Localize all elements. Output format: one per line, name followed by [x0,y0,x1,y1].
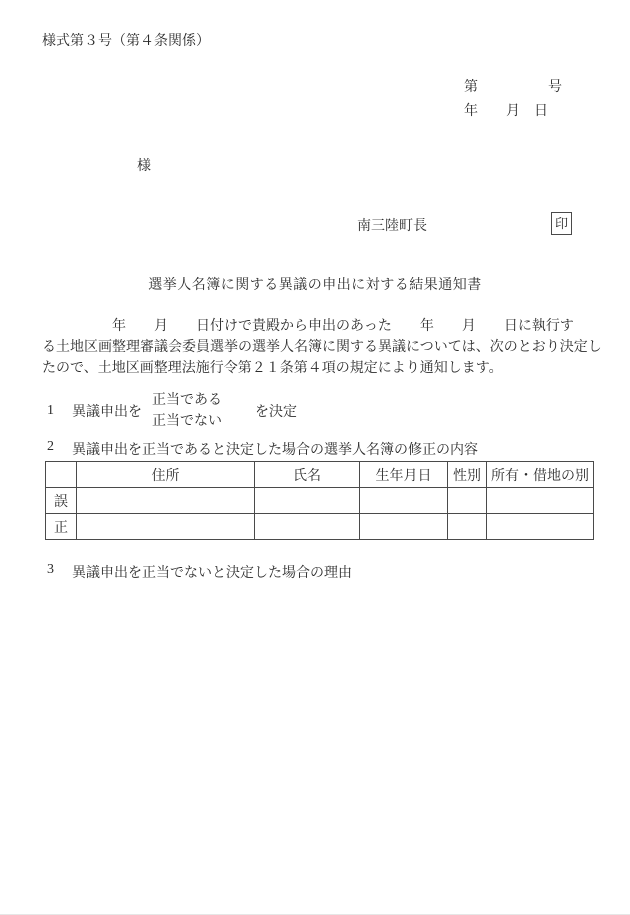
header-corner-cell [46,462,77,488]
sender-title-mayor: 南三陸町長 [357,215,427,235]
option-invalid: 正当でない [152,414,222,429]
header-name: 氏名 [255,462,360,488]
cell-correct-sex [448,514,487,540]
item-3-number: 3 [47,562,72,578]
body-line-2: る土地区画整理審議会委員選挙の選挙人名簿に関する異議については、次のとおり決定し [42,340,602,355]
seal-placeholder-box: 印 [551,212,572,235]
document-number-blank: 第 号 [464,76,562,96]
cell-incorrect-birthdate [360,488,448,514]
header-sex: 性別 [448,462,487,488]
row-label-correct: 正 [46,514,77,540]
cell-incorrect-sex [448,488,487,514]
item-2-text: 異議申出を正当であると決定した場合の選挙人名簿の修正の内容 [72,439,478,459]
item-2-heading: 2 異議申出を正当であると決定した場合の選挙人名簿の修正の内容 [47,439,478,459]
table-header-row: 住所 氏名 生年月日 性別 所有・借地の別 [46,462,594,488]
cell-correct-address [77,514,255,540]
cell-correct-birthdate [360,514,448,540]
form-number-note: 様式第３号（第４条関係） [42,30,210,50]
header-address: 住所 [77,462,255,488]
item-1-suffix: を決定 [255,401,297,421]
item-3-heading: 3 異議申出を正当でないと決定した場合の理由 [47,562,352,582]
item-1-number: 1 [47,403,72,419]
item-1-label: 異議申出を [72,401,142,421]
item-3-text: 異議申出を正当でないと決定した場合の理由 [72,562,352,582]
row-label-incorrect: 誤 [46,488,77,514]
body-line-1: 年 月 日付けで貴殿から申出のあった 年 月 日に執行す [42,319,574,334]
table-row-correct: 正 [46,514,594,540]
document-date-blank: 年 月 日 [464,100,548,120]
item-1-options: 正当である正当でない [152,390,222,432]
header-birthdate: 生年月日 [360,462,448,488]
addressee-honorific: 様 [137,155,151,175]
cell-correct-name [255,514,360,540]
cell-incorrect-address [77,488,255,514]
document-title: 選挙人名簿に関する異議の申出に対する結果通知書 [0,274,630,294]
cell-incorrect-name [255,488,360,514]
notification-document-page: 様式第３号（第４条関係） 第 号 年 月 日 様 南三陸町長 印 選挙人名簿に関… [0,0,630,915]
revision-table: 住所 氏名 生年月日 性別 所有・借地の別 誤 正 [45,461,594,540]
option-valid: 正当である [152,393,222,408]
header-ownership-type: 所有・借地の別 [487,462,594,488]
table-row-incorrect: 誤 [46,488,594,514]
item-2-number: 2 [47,439,72,455]
cell-incorrect-ownership [487,488,594,514]
body-line-3: たので、土地区画整理法施行令第２１条第４項の規定により通知します。 [42,361,503,376]
item-1-decision-line: 1 異議申出を 正当である正当でない を決定 [47,391,297,431]
body-paragraph: 年 月 日付けで貴殿から申出のあった 年 月 日に執行する土地区画整理審議会委員… [42,316,607,379]
cell-correct-ownership [487,514,594,540]
